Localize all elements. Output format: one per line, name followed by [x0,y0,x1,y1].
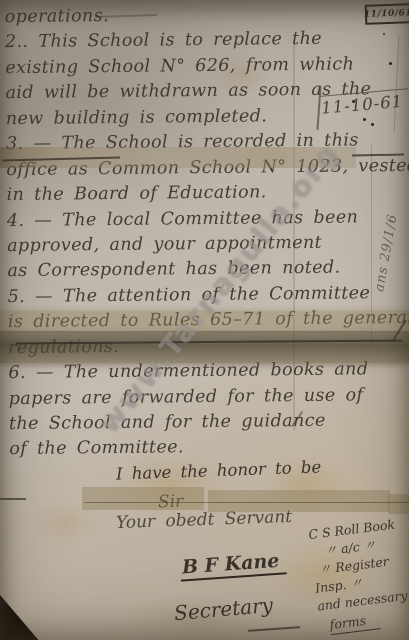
ink-speck [363,118,366,121]
tape-strip [0,311,409,332]
crack-line [84,502,409,503]
ink-speck [389,62,392,65]
dash-line [0,498,26,500]
date-stamp: 11/10/61 [365,3,409,25]
corner-shadow [0,580,74,640]
letter-body: operations. 2.. This School is to replac… [5,1,409,463]
ink-speck [371,123,374,126]
tape-strip [388,494,409,514]
letter-line: of the Committee. [9,433,409,463]
tape-strip [82,487,204,510]
ink-speck [383,33,385,35]
margin-enclosure-list: C S Roll Book 〃 a/c 〃 〃 Register Insp. 〃… [308,515,409,637]
margin-list-item: forms [329,610,381,635]
stain-band [0,331,409,363]
tape-strip [208,490,390,512]
scanned-letter-page: operations. 2.. This School is to replac… [0,0,409,640]
